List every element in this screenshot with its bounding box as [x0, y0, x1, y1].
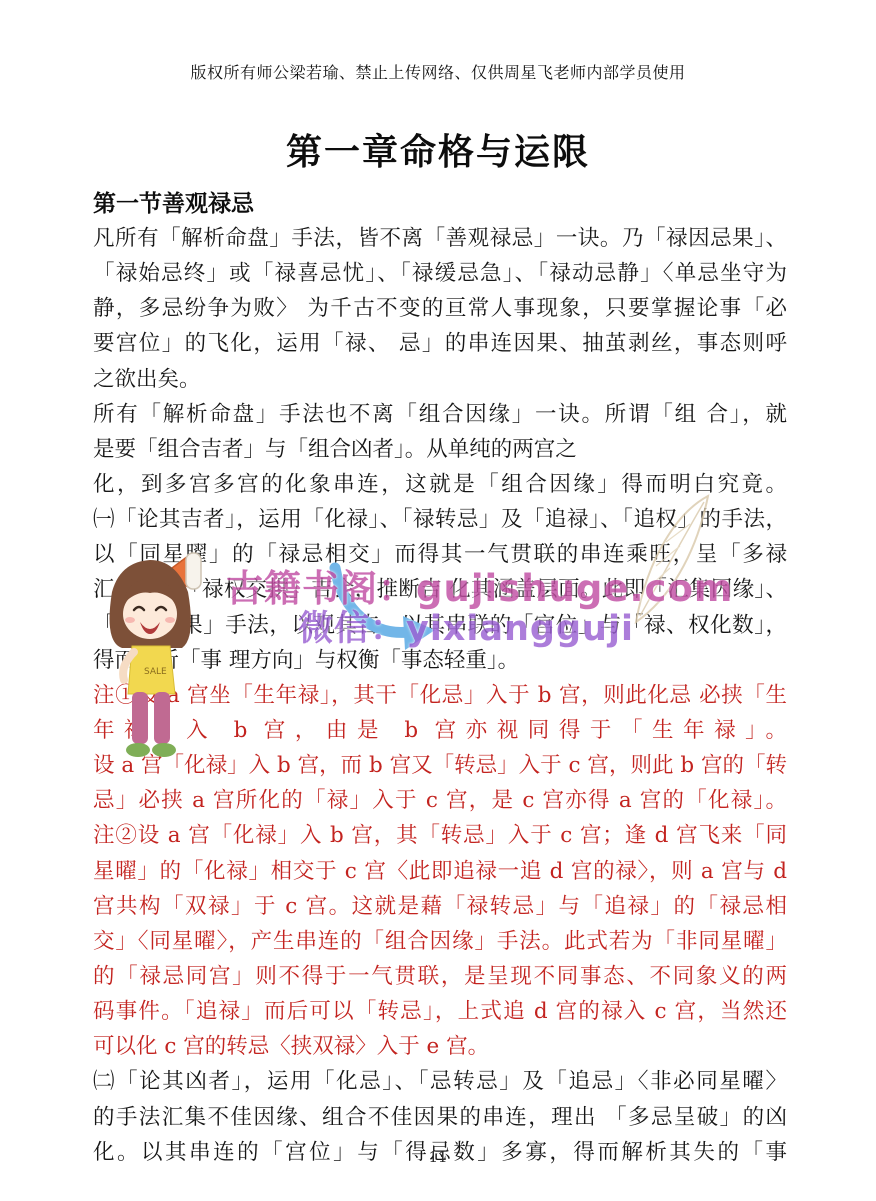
text-line: 是要「组合吉者」与「组合凶者」。从单纯的两宫之 [93, 432, 787, 467]
text-line: 所有「解析命盘」手法也不离「组合因缘」一诀。所谓「组 合」，就 [93, 397, 787, 432]
document-page: 版权所有师公梁若瑜、禁止上传网络、仅供周星飞老师内部学员使用 第一章命格与运限 … [0, 0, 876, 1201]
text-line: ㈡「论其凶者」，运用「化忌」、「忌转忌」及「追忌」〈非必同星曜〉 [93, 1064, 787, 1099]
text-line: 的手法汇集不佳因缘、组合不佳因果的串连，理出 「多忌呈破」的凶 [93, 1100, 787, 1135]
text-line: 以「同星曜」的「禄忌相交」而得其一气贯联的串连乘旺，呈「多禄 [93, 537, 787, 572]
body-content: 第一节善观禄忌 凡所有「解析命盘」手法，皆不离「善观禄忌」一诀。乃「禄因忌果」、… [93, 186, 787, 1170]
text-line: 设 a 宫「化禄」入 b 宫，而 b 宫又「转忌」入于 c 宫，则此 b 宫的「… [93, 748, 787, 783]
body-lines: 凡所有「解析命盘」手法，皆不离「善观禄忌」一诀。乃「禄因忌果」、「禄始忌终」或「… [93, 221, 787, 1170]
text-line: 之欲出矣。 [93, 362, 787, 397]
text-line: 码事件。「追禄」而后可以「转忌」，上式追 d 宫的禄入 c 宫，当然还 [93, 994, 787, 1029]
text-line: 交」〈同星曜〉，产生串连的「组合因缘」手法。此式若为「非同星曜」 [93, 924, 787, 959]
text-line: 静，多忌纷争为败〉 为千古不变的亘常人事现象，只要掌握论事「必 [93, 291, 787, 326]
page-number: 11 [0, 1148, 876, 1166]
text-line: 凡所有「解析命盘」手法，皆不离「善观禄忌」一诀。乃「禄因忌果」、 [93, 221, 787, 256]
text-line: 年禄」入 b 宫，由是 b 宫亦视同得于「生年禄」。 [93, 713, 787, 748]
text-line: 化，到多宫多宫的化象串连，这就是「组合因缘」得而明白究竟。 [93, 467, 787, 502]
text-line: 忌」必挟 a 宫所化的「禄」入于 c 宫，是 c 宫亦得 a 宫的「化禄」。 [93, 783, 787, 818]
text-line: 「组合因果」手法，以观其吉。以其串联的「宫位」与「禄、权化数」， [93, 608, 787, 643]
text-line: 可以化 c 宫的转忌〈挟双禄〉入于 e 宫。 [93, 1029, 787, 1064]
chapter-title: 第一章命格与运限 [0, 124, 876, 175]
copyright-notice: 版权所有师公梁若瑜、禁止上传网络、仅供周星飞老师内部学员使用 [0, 60, 876, 83]
text-line: 汇吉」或「禄权交拱」吉会，推断吉 化其涵盖层面。此即「汇集因缘」、 [93, 572, 787, 607]
text-line: 的「禄忌同宫」则不得于一气贯联，是呈现不同事态、不同象义的两 [93, 959, 787, 994]
text-line: 「禄始忌终」或「禄喜忌忧」、「禄缓忌急」、「禄动忌静」〈单忌坐守为 [93, 256, 787, 291]
text-line: ㈠「论其吉者」，运用「化禄」、「禄转忌」及「追禄」、「追权」的手法， [93, 502, 787, 537]
text-line: 宫共构「双禄」于 c 宫。这就是藉「禄转忌」与「追禄」的「禄忌相 [93, 889, 787, 924]
text-line: 注②设 a 宫「化禄」入 b 宫，其「转忌」入于 c 宫；逢 d 宫飞来「同 [93, 818, 787, 853]
text-line: 星曜」的「化禄」相交于 c 宫〈此即追禄一追 d 宫的禄〉，则 a 宫与 d [93, 854, 787, 889]
text-line: 要宫位」的飞化，运用「禄、 忌」的串连因果、抽茧剥丝，事态则呼 [93, 326, 787, 361]
text-line: 得而解析「事 理方向」与权衡「事态轻重」。 [93, 643, 787, 678]
section-heading: 第一节善观禄忌 [93, 186, 787, 221]
text-line: 注①设 a 宫坐「生年禄」，其干「化忌」入于 b 宫，则此化忌 必挟「生 [93, 678, 787, 713]
